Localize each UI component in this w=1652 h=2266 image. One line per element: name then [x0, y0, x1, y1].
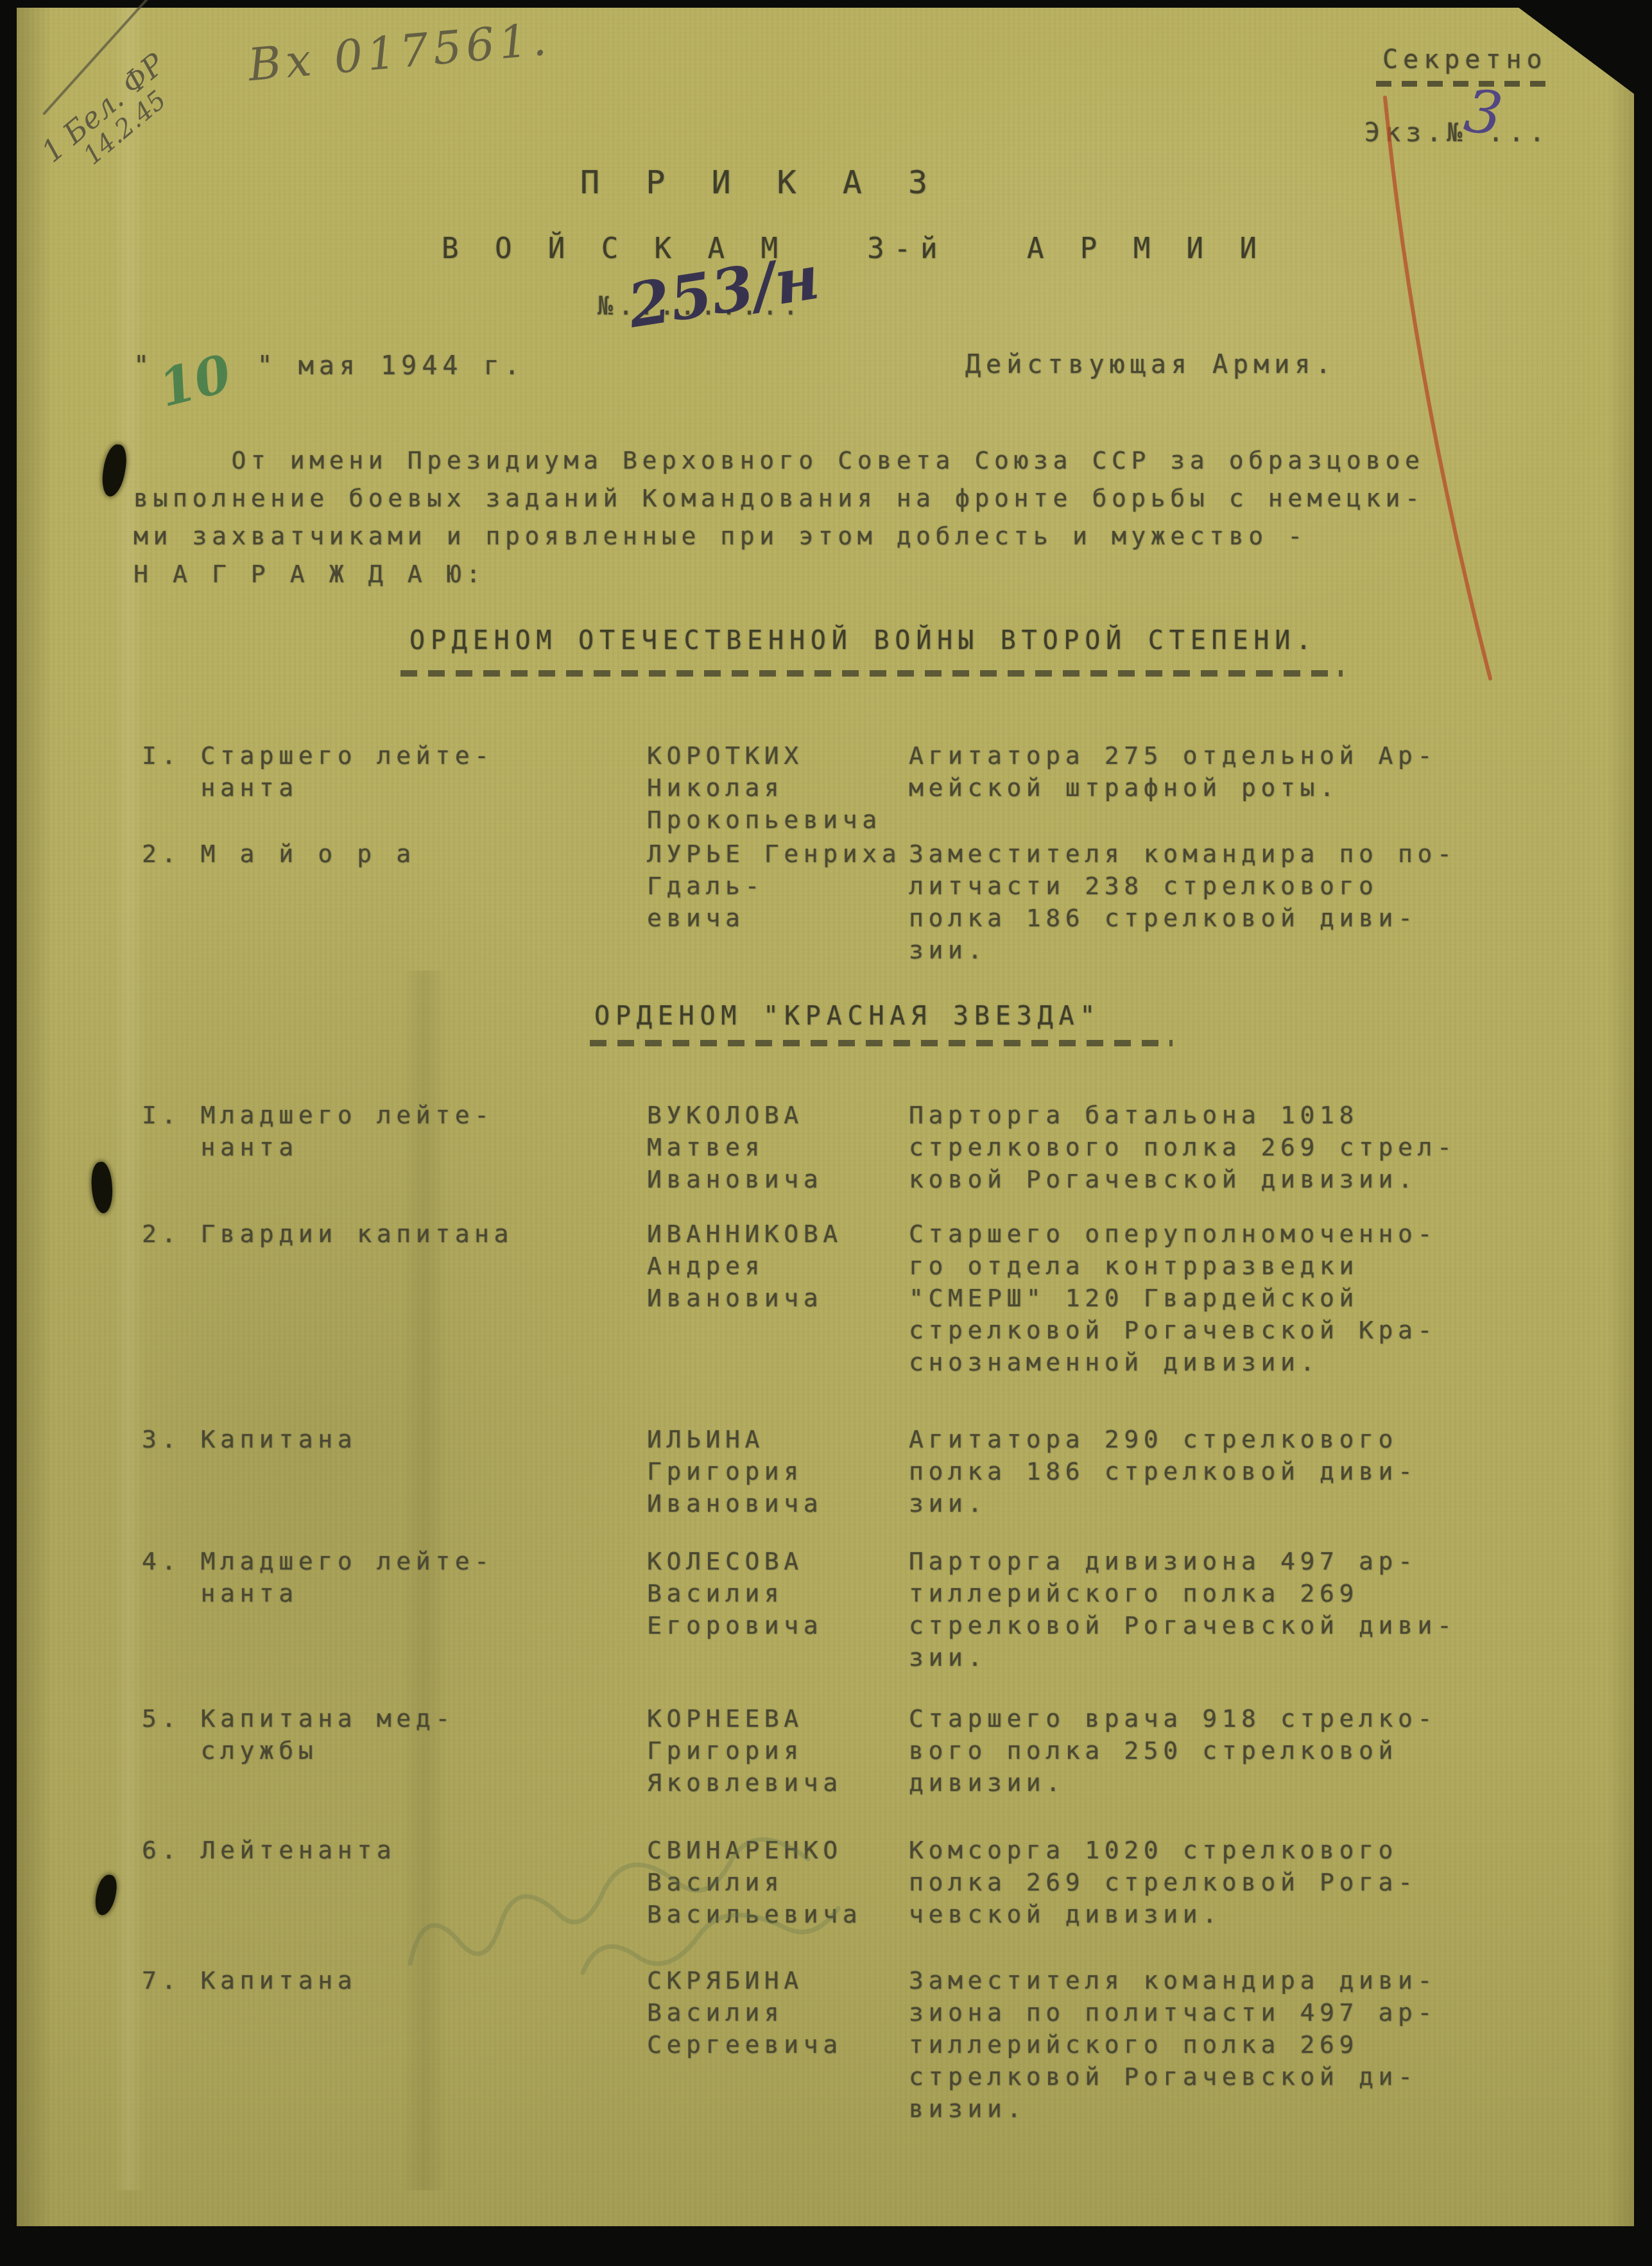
- entry-position: Комсорга 1020 стрелкового полка 269 стре…: [909, 1834, 1602, 1930]
- entry-rank: 7. Капитана: [142, 1964, 642, 1996]
- entry-position: Парторга дивизиона 497 ар- тиллерийского…: [909, 1545, 1602, 1674]
- section-heading-otechestvennoy-voyny: ОРДЕНОМ ОТЕЧЕСТВЕННОЙ ВОЙНЫ ВТОРОЙ СТЕПЕ…: [409, 626, 1317, 655]
- entry-position: Агитатора 290 стрелкового полка 186 стре…: [909, 1423, 1602, 1519]
- incoming-number-handwritten: Вх 017561.: [246, 13, 553, 92]
- paper-crease: [113, 8, 145, 2190]
- entry-rank: 2. Гвардии капитана: [142, 1218, 642, 1250]
- section-heading-underline: [590, 1040, 1173, 1046]
- entry-position: Парторга батальона 1018 стрелкового полк…: [909, 1099, 1602, 1195]
- classification-underline: [1376, 81, 1553, 87]
- entry-name: КОРОТКИХ Николая Прокопьевича: [647, 739, 929, 836]
- entry-name: ИВАННИКОВА Андрея Ивановича: [647, 1218, 929, 1314]
- paper-hole: [99, 443, 128, 498]
- entry-rank: 6. Лейтенанта: [142, 1834, 642, 1866]
- classification-stamp: Секретно: [1382, 45, 1547, 74]
- entry-name: ЛУРЬЕ Генриха Гдаль- евича: [647, 838, 929, 934]
- paper-sheet: Секретно Экз.№ ... 3 Вх 017561. 1 Бел. Ф…: [17, 8, 1634, 2226]
- paper-hole: [93, 1873, 119, 1917]
- entry-name: КОРНЕЕВА Григория Яковлевича: [647, 1702, 929, 1799]
- entry-rank: 2. М а й о р а: [142, 838, 642, 870]
- entry-position: Старшего оперуполномоченно- го отдела ко…: [909, 1218, 1602, 1378]
- section-heading-underline: [400, 670, 1343, 677]
- entry-rank: I. Младшего лейте- нанта: [142, 1099, 642, 1163]
- entry-position: Агитатора 275 отдельной Ар- мейской штра…: [909, 739, 1602, 804]
- document-subtitle: В О Й С К А М 3-й А Р М И И: [442, 232, 1266, 265]
- entry-name: ИЛЬИНА Григория Ивановича: [647, 1423, 929, 1519]
- entry-name: КОЛЕСОВА Василия Егоровича: [647, 1545, 929, 1641]
- entry-name: СКРЯБИНА Василия Сергеевича: [647, 1964, 929, 2061]
- front-note-handwritten: 1 Бел. ФР 14.2.45: [35, 46, 189, 189]
- entry-position: Старшего врача 918 стрелко- вого полка 2…: [909, 1702, 1602, 1799]
- entry-position: Заместителя командира диви- зиона по пол…: [909, 1964, 1602, 2125]
- entry-name: ВУКОЛОВА Матвея Ивановича: [647, 1099, 929, 1195]
- document-title: П Р И К А З: [580, 164, 941, 201]
- section-heading-krasnaya-zvezda: ОРДЕНОМ "КРАСНАЯ ЗВЕЗДА": [594, 1001, 1101, 1031]
- entry-rank: 5. Капитана мед- службы: [142, 1702, 642, 1767]
- entry-position: Заместителя командира по по- литчасти 23…: [909, 838, 1602, 966]
- entry-name: СВИНАРЕНКО Василия Васильевича: [647, 1834, 929, 1930]
- copy-number-line: Экз.№ ...: [1364, 118, 1550, 148]
- entry-rank: I. Старшего лейте- нанта: [142, 739, 642, 804]
- date-rest: мая 1944 г.: [278, 351, 525, 381]
- entry-rank: 3. Капитана: [142, 1423, 642, 1455]
- acting-army-label: Действующая Армия.: [965, 350, 1336, 379]
- paper-hole: [89, 1161, 115, 1215]
- entry-rank: 4. Младшего лейте- нанта: [142, 1545, 642, 1609]
- scanned-document-background: { "colors":{ "paper":"#b7af63","ink":"#4…: [0, 0, 1652, 2266]
- preamble-paragraph: От имени Президиума Верховного Совета Со…: [133, 442, 1425, 593]
